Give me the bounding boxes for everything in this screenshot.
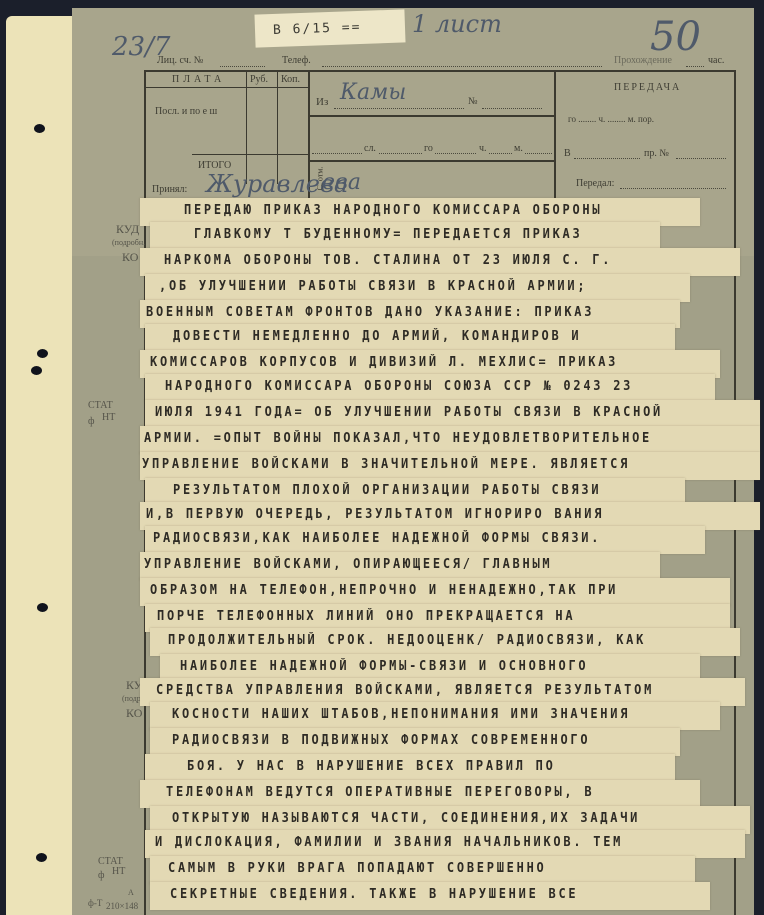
tape-strip: НАРКОМА ОБОРОНЫ ТОВ. СТАЛИНА ОТ 23 ИЮЛЯ … <box>140 248 740 276</box>
handwritten-sheets: 1 лист <box>412 10 502 38</box>
from-value: Камы <box>340 80 406 105</box>
transmission-title: ПЕРЕДАЧА <box>614 82 681 93</box>
margin-label-ko-2: КО <box>126 706 142 721</box>
margin-label-format: 210×148 <box>106 901 138 911</box>
margin-label-podrobn: (подробн. <box>112 238 145 247</box>
tape-strip: И ДИСЛОКАЦИЯ, ФАМИЛИИ И ЗВАНИЯ НАЧАЛЬНИК… <box>145 830 745 858</box>
tape-strip: УПРАВЛЕНИЕ ВОЙСКАМИ В ЗНАЧИТЕЛЬНОЙ МЕРЕ.… <box>140 452 760 480</box>
hour-label: ч. <box>477 143 489 154</box>
phone-label: Телеф. <box>282 55 311 66</box>
margin-label-a: А <box>128 888 134 897</box>
rub-header: Руб. <box>250 74 268 85</box>
punch-hole <box>36 853 47 862</box>
tape-strip: ТЕЛЕФОНАМ ВЕДУТСЯ ОПЕРАТИВНЫЕ ПЕРЕГОВОРЫ… <box>140 780 700 808</box>
tape-strip: ,ОБ УЛУЧШЕНИИ РАБОТЫ СВЯЗИ В КРАСНОЙ АРМ… <box>145 274 690 302</box>
mark-signature-continuation: ева <box>322 170 361 195</box>
margin-label-nt-2: НТ <box>112 866 125 877</box>
tape-strip: ГЛАВКОМУ Т БУДЕННОМУ= ПЕРЕДАЕТСЯ ПРИКАЗ <box>150 222 660 250</box>
tape-strip: НАРОДНОГО КОМИССАРА ОБОРОНЫ СОЮЗА ССР № … <box>145 374 715 402</box>
sent-by-label: Передал: <box>576 178 614 189</box>
tape-strip: РАДИОСВЯЗИ,КАК НАИБОЛЕЕ НАДЕЖНОЙ ФОРМЫ С… <box>145 526 705 554</box>
payment-row-label: Посл. и по е ш <box>155 106 217 117</box>
transmission-time-line: го ........ ч. ........ м. пор. <box>568 114 654 124</box>
margin-label-stat: СТАТ <box>88 400 113 411</box>
margin-label-nt: НТ <box>102 412 115 423</box>
tape-strip: УПРАВЛЕНИЕ ВОЙСКАМИ, ОПИРАЮЩЕЕСЯ/ ГЛАВНЫ… <box>140 552 660 580</box>
handwritten-page-number: 50 <box>650 14 701 60</box>
tape-strip: АРМИИ. =ОПЫТ ВОЙНЫ ПОКАЗАЛ,ЧТО НЕУДОВЛЕТ… <box>140 426 760 454</box>
words-label: сл. <box>362 143 378 154</box>
punch-hole <box>37 603 48 612</box>
margin-label-kud: КУД <box>116 222 139 237</box>
stamp-text: В 6/15 == <box>273 20 362 38</box>
transmission-number-label: пр. № <box>644 148 669 159</box>
date-label: го <box>422 143 435 154</box>
punch-hole <box>34 124 45 133</box>
transmission-to-label: В <box>564 148 571 159</box>
margin-label-f-2: ф <box>98 870 104 881</box>
tape-strip: ИЮЛЯ 1941 ГОДА= ОБ УЛУЧШЕНИИ РАБОТЫ СВЯЗ… <box>145 400 760 428</box>
kop-header: Коп. <box>281 74 300 85</box>
from-label: Из <box>316 96 328 108</box>
punch-hole <box>31 366 42 375</box>
tape-strip: РАДИОСВЯЗИ В ПОДВИЖНЫХ ФОРМАХ СОВРЕМЕННО… <box>150 728 680 756</box>
min-label: м. <box>512 143 525 154</box>
hours-label: час. <box>708 55 724 66</box>
margin-label-ft: ф-Т <box>88 898 102 908</box>
tape-strip: КОСНОСТИ НАШИХ ШТАБОВ,НЕПОНИМАНИЯ ИМИ ЗН… <box>150 702 720 730</box>
payment-title: ПЛАТА <box>172 74 225 85</box>
tape-strip: САМЫМ В РУКИ ВРАГА ПОПАДАЮТ СОВЕРШЕННО <box>150 856 695 884</box>
punch-hole <box>37 349 48 358</box>
tape-strip: ДОВЕСТИ НЕМЕДЛЕННО ДО АРМИЙ, КОМАНДИРОВ … <box>145 324 675 352</box>
tape-strip: ОБРАЗОМ НА ТЕЛЕФОН,НЕПРОЧНО И НЕНАДЕЖНО,… <box>140 578 730 606</box>
tape-strip: БОЯ. У НАС В НАРУШЕНИЕ ВСЕХ ПРАВИЛ ПО <box>145 754 675 782</box>
passage-label: Прохождение <box>614 55 672 66</box>
account-label: Лиц. сч. № <box>157 55 203 66</box>
tape-strip: ПРОДОЛЖИТЕЛЬНЫЙ СРОК. НЕДООЦЕНК/ РАДИОСВ… <box>150 628 740 656</box>
received-label: Принял: <box>152 184 187 195</box>
number-label: № <box>468 96 478 107</box>
tape-strip: СЕКРЕТНЫЕ СВЕДЕНИЯ. ТАКЖЕ В НАРУШЕНИЕ ВС… <box>150 882 710 910</box>
margin-label-f: ф <box>88 416 94 427</box>
margin-label-ko: КО <box>122 250 138 265</box>
receipt-stamp: В 6/15 == <box>254 9 405 47</box>
